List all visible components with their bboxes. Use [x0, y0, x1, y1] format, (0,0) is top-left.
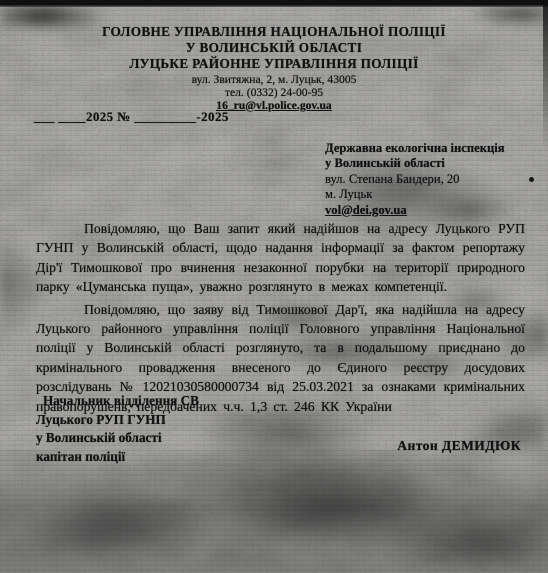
- signer-position-line-3: у Волинській області: [36, 429, 199, 448]
- signer-position-line-1: Начальник відділення СВ: [36, 392, 199, 411]
- scanned-letter-page: ГОЛОВНЕ УПРАВЛІННЯ НАЦІОНАЛЬНОЇ ПОЛІЦІЇ …: [0, 0, 548, 573]
- body-paragraph-1: Повідомляю, що Ваш запит який надійшов н…: [36, 219, 525, 297]
- recipient-address-line-2: м. Луцьк: [325, 187, 505, 202]
- org-name-line-3: ЛУЦЬКЕ РАЙОННЕ УПРАВЛІННЯ ПОЛІЦІЇ: [0, 56, 548, 72]
- recipient-name-line-2: у Волинській області: [325, 156, 505, 171]
- signer-position-line-2: Луцького РУП ГУНП: [36, 411, 199, 430]
- signature-block: Начальник відділення СВ Луцького РУП ГУН…: [36, 392, 199, 466]
- org-phone-line: тел. (0332) 24-00-95: [0, 87, 548, 100]
- letterhead: ГОЛОВНЕ УПРАВЛІННЯ НАЦІОНАЛЬНОЇ ПОЛІЦІЇ …: [0, 24, 548, 112]
- recipient-name-line-1: Державна екологічна інспекція: [325, 141, 505, 156]
- org-name-line-2: У ВОЛИНСЬКІЙ ОБЛАСТІ: [0, 40, 548, 56]
- letter-content: ГОЛОВНЕ УПРАВЛІННЯ НАЦІОНАЛЬНОЇ ПОЛІЦІЇ …: [0, 0, 548, 573]
- recipient-email-link: vol@dei.gov.ua: [325, 203, 505, 218]
- reference-number-line: ___ ____2025 № _________-2025: [34, 109, 229, 125]
- org-name-line-1: ГОЛОВНЕ УПРАВЛІННЯ НАЦІОНАЛЬНОЇ ПОЛІЦІЇ: [0, 24, 548, 40]
- signer-position-line-4: капітан поліції: [36, 448, 199, 467]
- letter-body: Повідомляю, що Ваш запит який надійшов н…: [36, 219, 525, 419]
- recipient-address-line-1: вул. Степана Бандери, 20: [325, 172, 505, 187]
- recipient-block: Державна екологічна інспекція у Волинськ…: [325, 141, 505, 218]
- signer-name: Антон ДЕМИДЮК: [397, 438, 521, 454]
